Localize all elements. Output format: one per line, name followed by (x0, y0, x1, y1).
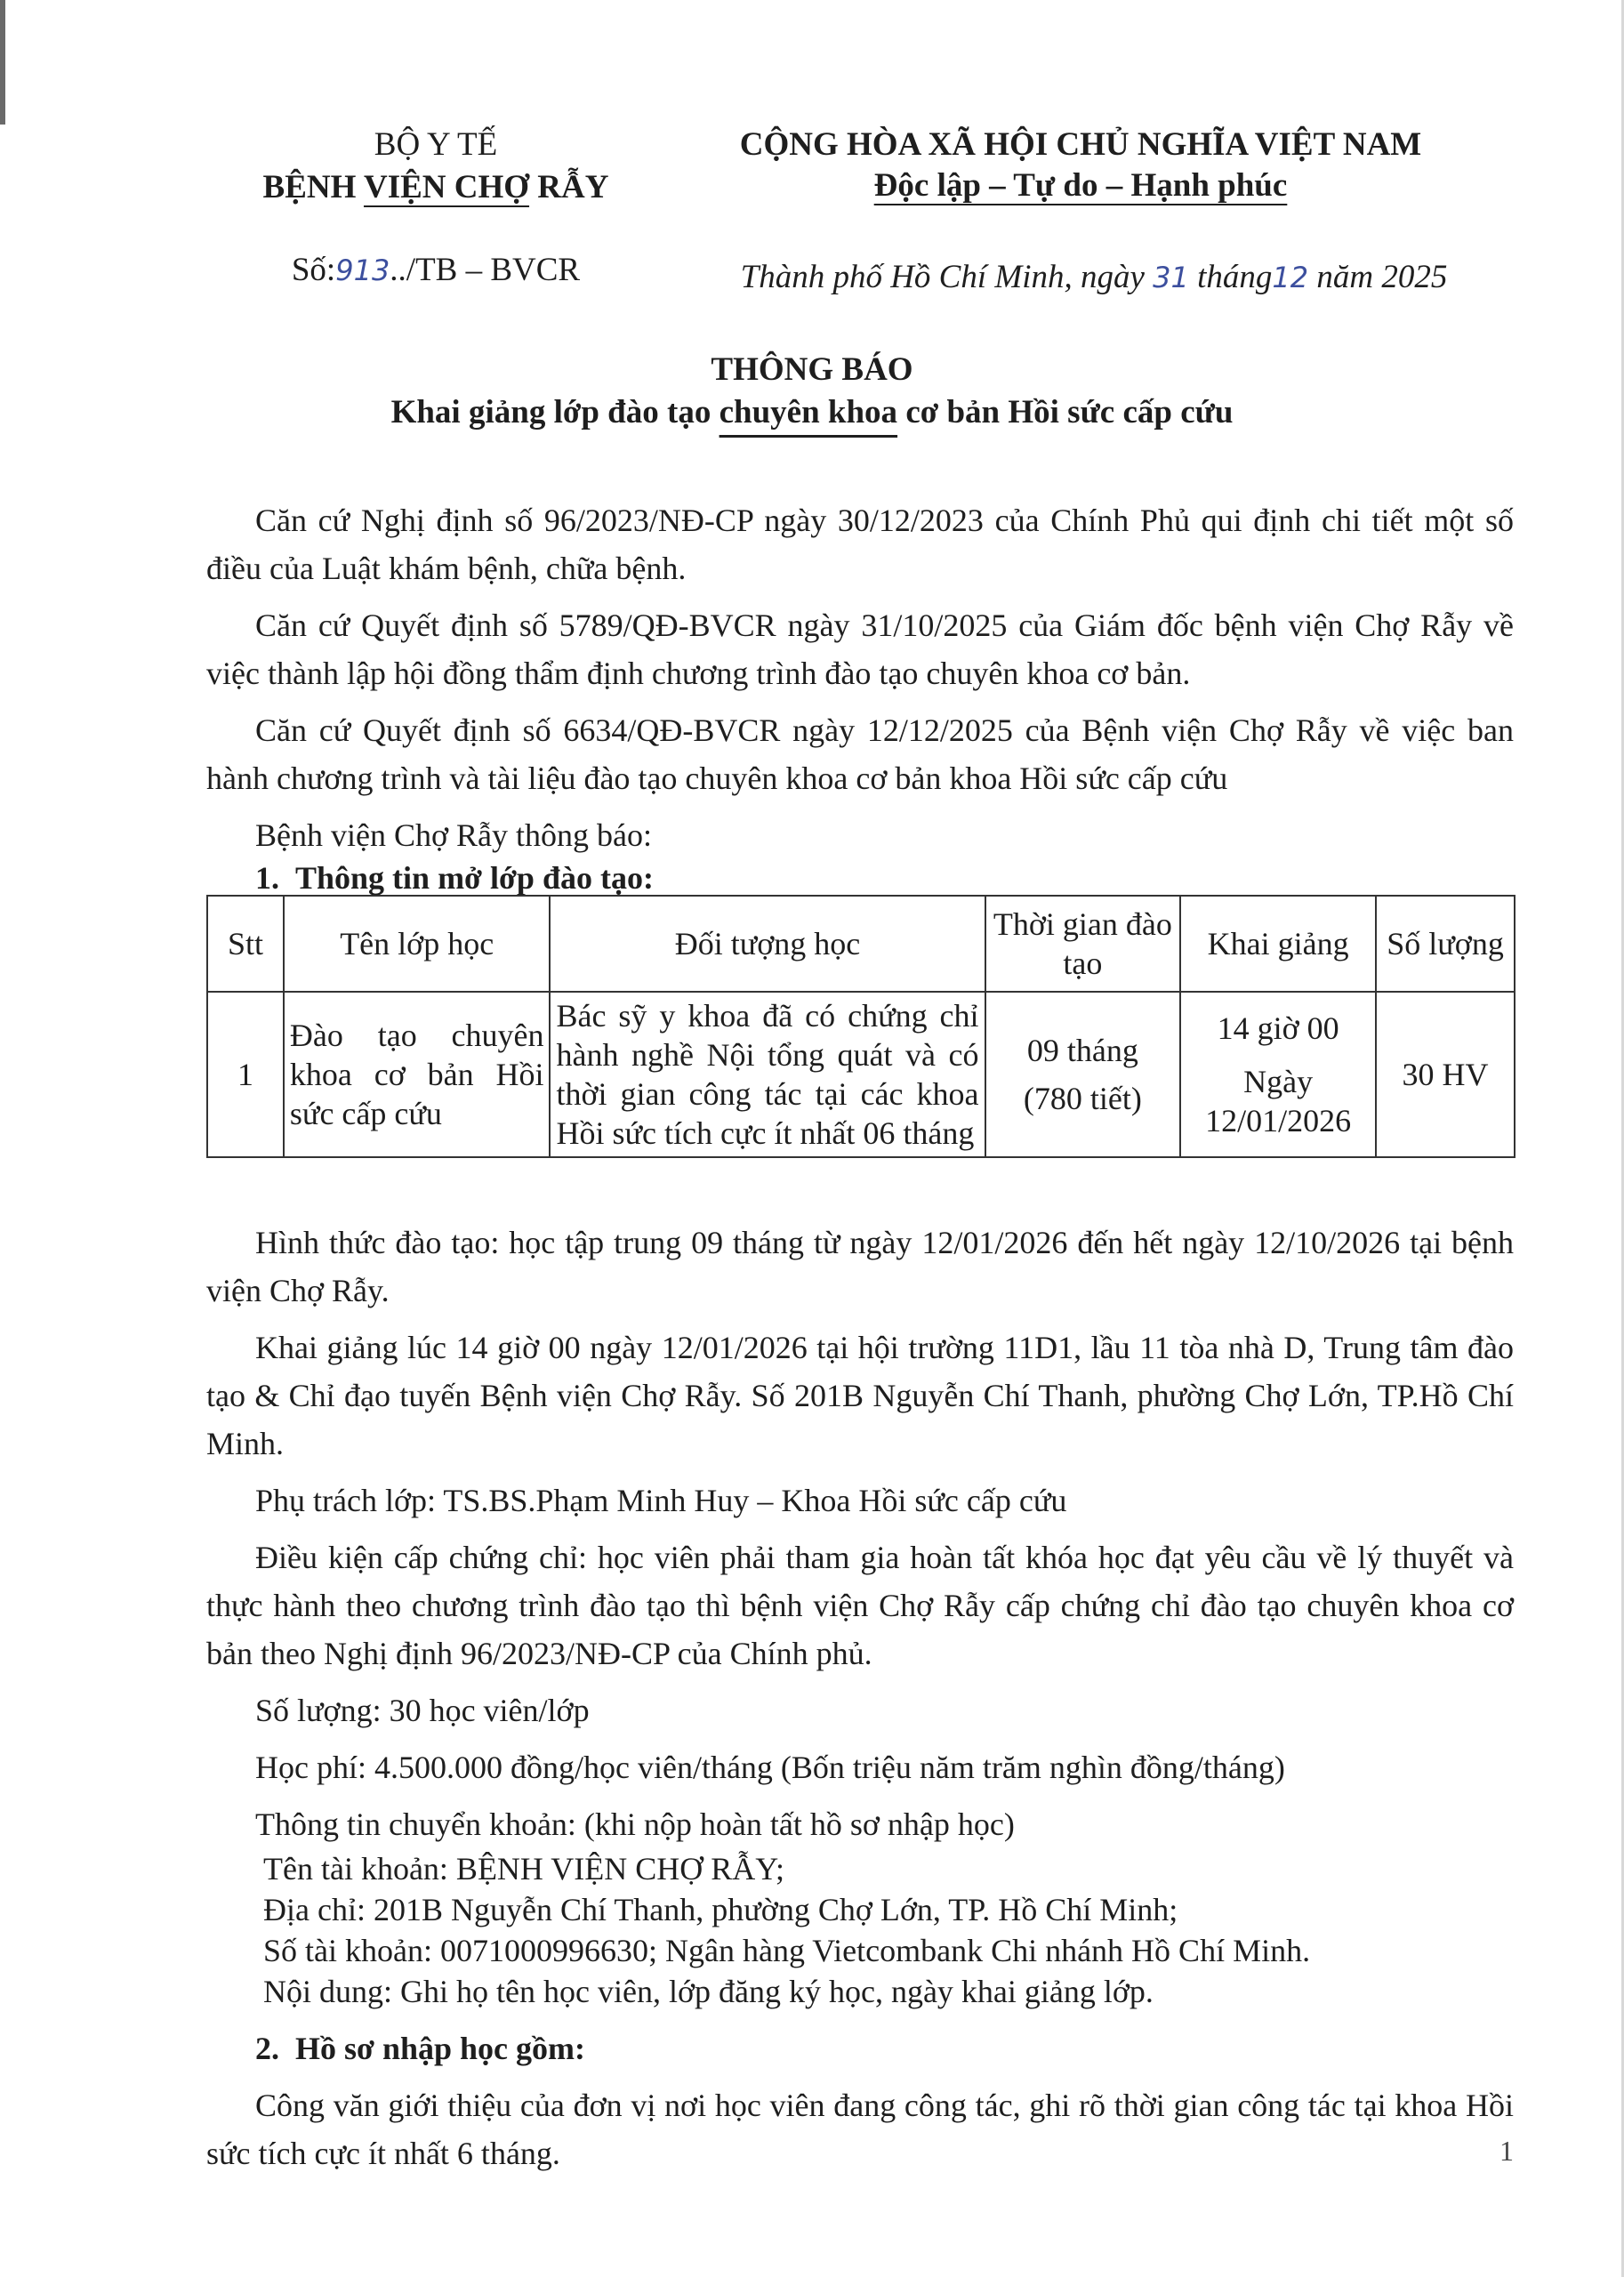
table-row: 1 Đào tạo chuyên khoa cơ bản Hồi sức cấp… (207, 992, 1515, 1157)
section1-details: Hình thức đào tạo: học tập trung 09 thán… (206, 1219, 1514, 2177)
col-class-name: Tên lớp học (284, 896, 551, 992)
scan-edge-shadow (0, 0, 5, 125)
col-opening: Khai giảng (1180, 896, 1376, 992)
legal-basis-2: Căn cứ Quyết định số 5789/QĐ-BVCR ngày 3… (206, 601, 1514, 697)
hospital-name: BỆNH VIỆN CHỢ RẪY (222, 165, 649, 210)
handwritten-doc-number: 913 (335, 253, 390, 287)
col-duration: Thời gian đào tạo (985, 896, 1181, 992)
handwritten-day: 31 (1153, 261, 1189, 294)
document-subtitle: Khai giảng lớp đào tạo chuyên khoa cơ bả… (0, 391, 1624, 434)
transfer-info-label: Thông tin chuyển khoản: (khi nộp hoàn tấ… (206, 1800, 1514, 1848)
national-header: CỘNG HÒA XÃ HỘI CHỦ NGHĨA VIỆT NAM Độc l… (676, 125, 1485, 206)
opening-details: Khai giảng lúc 14 giờ 00 ngày 12/01/2026… (206, 1324, 1514, 1468)
cell-class-name: Đào tạo chuyên khoa cơ bản Hồi sức cấp c… (284, 992, 551, 1157)
announcement-intro: Bệnh viện Chợ Rẫy thông báo: (206, 811, 1514, 859)
table-header-row: Stt Tên lớp học Đối tượng học Thời gian … (207, 896, 1515, 992)
ministry-name: BỘ Y TẾ (222, 125, 649, 165)
class-supervisor: Phụ trách lớp: TS.BS.Phạm Minh Huy – Kho… (206, 1476, 1514, 1525)
cell-opening: 14 giờ 00Ngày12/01/2026 (1180, 992, 1376, 1157)
country-name: CỘNG HÒA XÃ HỘI CHỦ NGHĨA VIỆT NAM (676, 125, 1485, 165)
class-info-table: Stt Tên lớp học Đối tượng học Thời gian … (206, 895, 1515, 1158)
year: 2025 (1381, 259, 1447, 295)
cell-stt: 1 (207, 992, 284, 1157)
admission-document-1: Công văn giới thiệu của đơn vị nơi học v… (206, 2081, 1514, 2177)
document-number: Số:913../TB – BVCR (222, 251, 649, 289)
legal-basis-3: Căn cứ Quyết định số 6634/QĐ-BVCR ngày 1… (206, 706, 1514, 802)
col-target: Đối tượng học (550, 896, 985, 992)
account-number: Số tài khoản: 0071000996630; Ngân hàng V… (263, 1930, 1514, 1971)
account-name: Tên tài khoản: BỆNH VIỆN CHỢ RẪY; (263, 1848, 1514, 1889)
legal-basis-1: Căn cứ Nghị định số 96/2023/NĐ-CP ngày 3… (206, 496, 1514, 592)
handwritten-month: 12 (1272, 261, 1308, 294)
cell-quantity: 30 HV (1376, 992, 1515, 1157)
cell-duration: 09 tháng(780 tiết) (985, 992, 1181, 1157)
issuer-block: BỘ Y TẾ BỆNH VIỆN CHỢ RẪY (222, 125, 649, 210)
bank-address: Địa chỉ: 201B Nguyễn Chí Thanh, phường C… (263, 1889, 1514, 1930)
national-motto: Độc lập – Tự do – Hạnh phúc (676, 165, 1485, 206)
issue-date: Thành phố Hồ Chí Minh, ngày 31 tháng12 n… (676, 258, 1512, 296)
bank-details: Tên tài khoản: BỆNH VIỆN CHỢ RẪY; Địa ch… (206, 1848, 1514, 2012)
certificate-conditions: Điều kiện cấp chứng chỉ: học viên phải t… (206, 1533, 1514, 1678)
training-format: Hình thức đào tạo: học tập trung 09 thán… (206, 1219, 1514, 1315)
col-stt: Stt (207, 896, 284, 992)
cell-target: Bác sỹ y khoa đã có chứng chỉ hành nghề … (550, 992, 985, 1157)
preamble: Căn cứ Nghị định số 96/2023/NĐ-CP ngày 3… (206, 496, 1514, 859)
transfer-content: Nội dung: Ghi họ tên học viên, lớp đăng … (263, 1971, 1514, 2012)
section2-heading: 2. Hồ sơ nhập học gồm: (206, 2024, 1514, 2072)
document-title: THÔNG BÁO (0, 349, 1624, 391)
col-quantity: Số lượng (1376, 896, 1515, 992)
class-size: Số lượng: 30 học viên/lớp (206, 1686, 1514, 1734)
tuition-fee: Học phí: 4.500.000 đồng/học viên/tháng (… (206, 1743, 1514, 1791)
page-number: 1 (1499, 2135, 1514, 2168)
